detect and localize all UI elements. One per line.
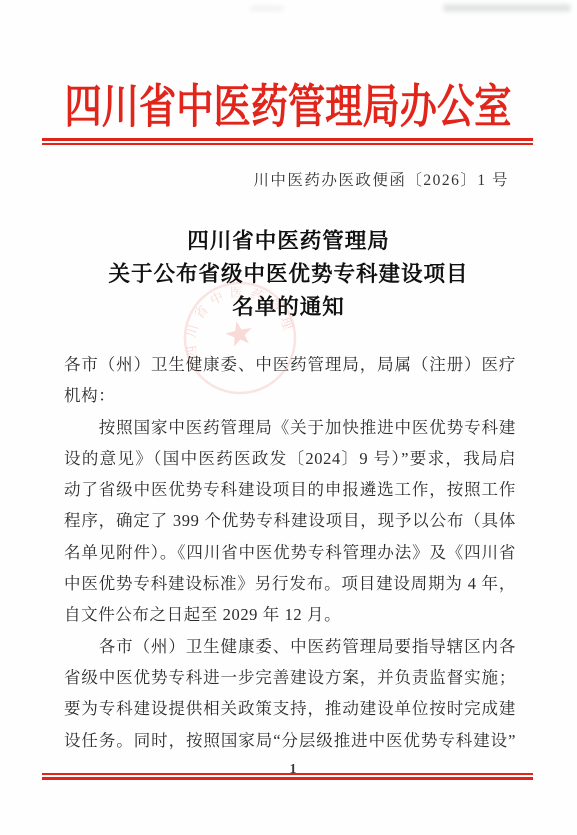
header-double-rule — [42, 138, 533, 145]
body-line: 程序，确定了 399 个优势专科建设项目，现予以公布（具体 — [64, 505, 516, 536]
body-line: 动了省级中医优势专科建设项目的申报遴选工作，按照工作 — [64, 474, 516, 505]
body-line: 省级中医优势专科进一步完善建设方案，并负责监督实施； — [64, 662, 516, 693]
body-line: 各市（州）卫生健康委、中医药管理局要指导辖区内各 — [64, 631, 516, 662]
scan-smudge — [250, 6, 284, 11]
body-line: 按照国家中医药管理局《关于加快推进中医优势专科建 — [64, 412, 516, 443]
rule-bar — [42, 777, 533, 780]
document-reference-number: 川中医药办医政便函〔2026〕1 号 — [0, 168, 577, 190]
body-line: 机构： — [64, 380, 516, 411]
body-line: 设任务。同时，按照国家局“分层级推进中医优势专科建设” — [64, 725, 516, 756]
document-title: 四川省中医药管理局关于公布省级中医优势专科建设项目名单的通知 — [0, 225, 577, 324]
rule-bar — [42, 143, 533, 145]
body-line: 自文件公布之日起至 2029 年 12 月。 — [64, 599, 516, 630]
document-title-line: 名单的通知 — [0, 291, 577, 324]
masthead: 四川省中医药管理局办公室 — [0, 68, 577, 136]
document-body: 各市（州）卫生健康委、中医药管理局，局属（注册）医疗机构： 按照国家中医药管理局… — [64, 349, 516, 756]
body-line: 各市（州）卫生健康委、中医药管理局，局属（注册）医疗 — [64, 349, 516, 380]
issuing-office-title: 四川省中医药管理局办公室 — [65, 68, 512, 135]
body-line: 中医优势专科建设标准》另行发布。项目建设周期为 4 年， — [64, 568, 516, 599]
body-line: 设的意见》（国中医药医政发〔2024〕9 号）”要求，我局启 — [64, 443, 516, 474]
document-title-line: 关于公布省级中医优势专科建设项目 — [0, 258, 577, 291]
scan-smudge — [443, 4, 571, 12]
body-line: 名单见附件）。《四川省中医优势专科管理办法》及《四川省 — [64, 537, 516, 568]
body-line: 要为专科建设提供相关政策支持，推动建设单位按时完成建 — [64, 693, 516, 724]
document-title-line: 四川省中医药管理局 — [0, 225, 577, 258]
footer-double-rule — [42, 773, 533, 780]
scanned-document-page: 四川省中医药管理局办公室 川中医药办医政便函〔2026〕1 号 四川省中医药管理… — [0, 0, 577, 835]
